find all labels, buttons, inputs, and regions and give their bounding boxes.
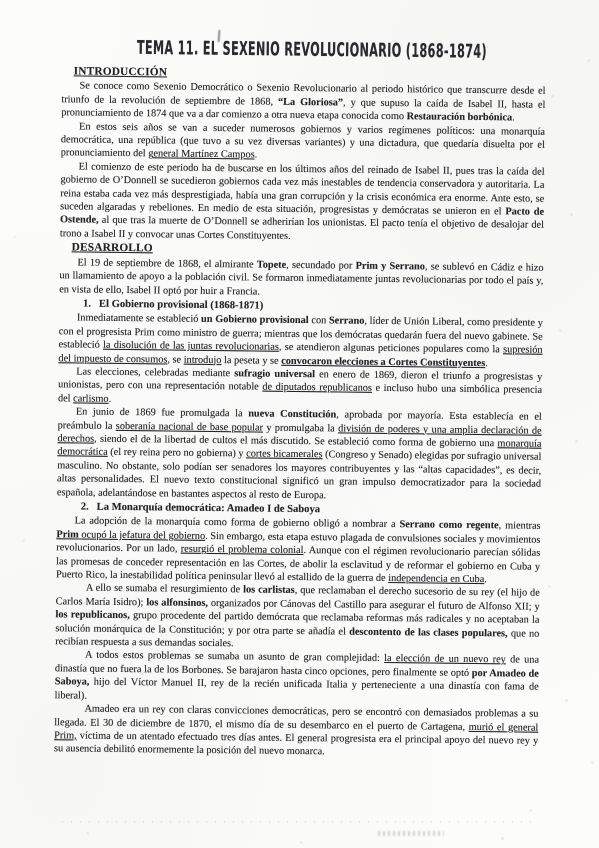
text-segment: , se <box>167 354 183 365</box>
text-segment: A ello se sumaba el resurgimiento de <box>86 583 243 596</box>
text-segment: soberanía nacional de base popular <box>116 420 263 433</box>
text-segment: Amadeo era un rey con claras conviccione… <box>54 704 538 733</box>
text-segment: Serrano como regente <box>399 520 498 532</box>
text-segment: , se atendieron algunas peticiones popul… <box>279 342 503 356</box>
text-segment: y promulgaba la <box>263 422 338 434</box>
text-segment: los carlistas <box>243 585 295 597</box>
text-segment: Inmediatamente se estableció <box>77 313 201 325</box>
paragraph: Las elecciones, celebradas mediante sufr… <box>58 365 542 411</box>
text-segment: la peseta y se <box>221 355 281 367</box>
text-segment: convocaron elecciones a Cortes Constituy… <box>281 355 485 368</box>
text-segment: , secundado por <box>286 260 356 272</box>
page-content-block: TEMA 11. EL SEXENIO REVOLUCIONARIO (1868… <box>54 37 546 761</box>
scanner-noise-row <box>62 821 532 823</box>
text-segment: , mientras <box>499 521 541 532</box>
paragraph: En junio de 1869 fue promulgada la nueva… <box>57 405 542 504</box>
text-segment: carlismo <box>73 393 109 404</box>
text-segment: La adopción de la monarquía como forma d… <box>75 516 400 531</box>
text-segment: la disolución de las juntas revolucionar… <box>103 340 279 353</box>
paragraph: El comienzo de este periodo ha de buscar… <box>60 160 545 246</box>
page-title-text: TEMA 11. EL SEXENIO REVOLUCIONARIO (1868… <box>137 36 487 62</box>
scanned-document-page: TEMA 11. EL SEXENIO REVOLUCIONARIO (1868… <box>0 0 599 848</box>
text-segment: . <box>109 394 112 405</box>
document-content: INTRODUCCIÓNSe conoce como Sexenio Democ… <box>54 65 546 761</box>
text-segment: “La Gloriosa” <box>278 97 343 109</box>
text-segment: Restauración borbónica <box>407 111 513 123</box>
text-segment: nueva Constitución <box>248 409 336 421</box>
paragraph: Inmediatamente se estableció un Gobierno… <box>58 312 543 371</box>
text-segment: la elección de un nuevo rey <box>384 653 506 665</box>
text-segment: (el rey reina pero no gobierna) y <box>108 447 247 460</box>
text-segment: general Martínez Campos <box>148 149 254 161</box>
text-segment: los republicanos, <box>55 609 129 621</box>
paragraph: Amadeo era un rey con claras conviccione… <box>54 702 539 761</box>
text-segment: sufragio universal <box>234 368 315 380</box>
text-segment: ocupó la jefatura del gobierno <box>79 529 205 541</box>
paragraph: Se conoce como Sexenio Democrático o Sex… <box>61 80 545 126</box>
text-segment: En estos seis años se van a suceder nume… <box>61 121 545 160</box>
text-segment: descontento de las clases populares, <box>349 626 508 639</box>
text-segment: Prim <box>56 529 78 540</box>
scan-noise-speckles <box>0 0 1 1</box>
page-title: TEMA 11. EL SEXENIO REVOLUCIONARIO (1868… <box>62 37 546 61</box>
text-segment: hijo del Víctor Manuel II, rey de la rec… <box>55 677 539 701</box>
paragraph: La adopción de la monarquía como forma d… <box>56 515 541 588</box>
paragraph: El 19 de septiembre de 1868, el almirant… <box>59 256 543 302</box>
text-segment: Topete <box>257 259 286 270</box>
text-segment: Serrano <box>329 316 365 327</box>
text-segment: víctima de un atentado efectuado tres dí… <box>54 730 538 757</box>
text-segment: al que tras la muerte de O’Donnell se ad… <box>60 215 544 242</box>
paragraph: A todos estos problemas se sumaba un asu… <box>55 649 540 708</box>
paragraph: A ello se sumaba el resurgimiento de los… <box>55 582 540 655</box>
text-segment: cortes bicamerales <box>246 449 322 461</box>
text-segment: . <box>255 150 258 161</box>
text-segment: Las elecciones, celebradas mediante <box>76 366 234 379</box>
paragraph: En estos seis años se van a suceder nume… <box>61 120 545 166</box>
text-segment: El comienzo de este periodo ha de buscar… <box>60 161 545 217</box>
scan-footer-smudge <box>378 831 444 836</box>
text-segment: independencia en Cuba <box>388 573 484 585</box>
text-segment: . <box>484 574 487 585</box>
text-segment: de diputados republicanos <box>262 382 372 394</box>
text-segment: con <box>309 315 329 326</box>
text-segment: A todos estos problemas se sumaba un asu… <box>85 650 384 664</box>
text-segment: . <box>485 358 488 369</box>
text-segment: introdujo <box>184 354 222 365</box>
text-segment: El 19 de septiembre de 1868, el almirant… <box>77 257 256 270</box>
text-segment: resurgió el problema colonial <box>181 544 304 556</box>
text-segment: los alfonsinos, <box>146 597 208 609</box>
text-segment: organizados por Cánovas del Castillo par… <box>208 598 540 613</box>
text-segment: En junio de 1869 fue promulgada la <box>76 407 249 420</box>
text-segment: Prim y Serrano <box>356 260 425 272</box>
text-segment: un Gobierno provisional <box>201 314 309 326</box>
text-segment: . <box>512 113 515 124</box>
